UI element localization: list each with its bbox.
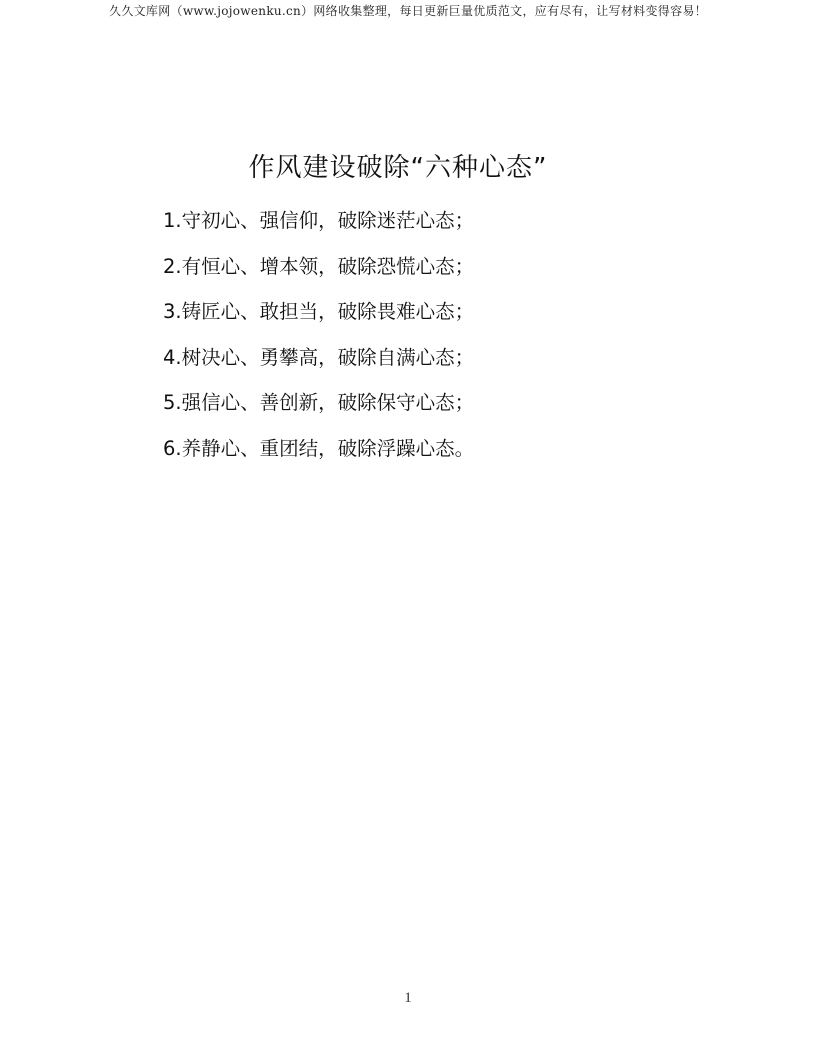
- list-item: 5.强信心、善创新，破除保守心态；: [163, 380, 474, 426]
- header-banner: 久久文库网（www.jojowenku.cn）网络收集整理，每日更新巨量优质范文…: [0, 3, 816, 19]
- item-list: 1.守初心、强信仰，破除迷茫心态； 2.有恒心、增本领，破除恐慌心态； 3.铸匠…: [163, 198, 474, 472]
- document-title: 作风建设破除“六种心态”: [0, 148, 796, 188]
- list-item: 1.守初心、强信仰，破除迷茫心态；: [163, 198, 474, 244]
- list-item: 3.铸匠心、敢担当，破除畏难心态；: [163, 289, 474, 335]
- list-item: 2.有恒心、增本领，破除恐慌心态；: [163, 244, 474, 290]
- list-item: 4.树决心、勇攀高，破除自满心态；: [163, 335, 474, 381]
- page-number: 1: [0, 989, 816, 1007]
- list-item: 6.养静心、重团结，破除浮躁心态。: [163, 426, 474, 472]
